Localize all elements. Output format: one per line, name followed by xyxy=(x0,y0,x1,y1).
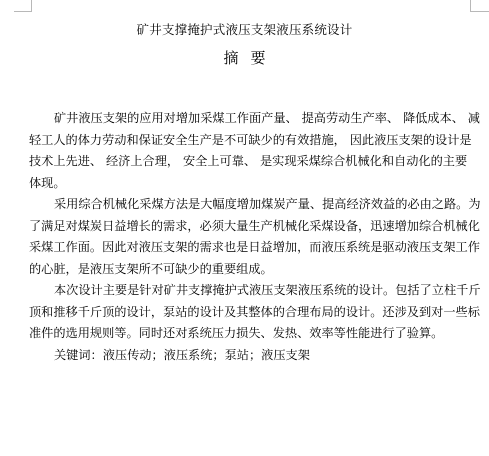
abstract-heading-char-2: 要 xyxy=(251,49,266,67)
abstract-heading-char-1: 摘 xyxy=(223,49,238,67)
document-title: 矿井支撑掩护式液压支架液压系统设计 xyxy=(0,20,489,38)
page-corner-mark-top-left xyxy=(14,0,32,12)
paragraph-2: 采用综合机械化采煤方法是大幅度增加煤炭产量、提高经济效益的必由之路。为 了满足对… xyxy=(29,194,461,280)
paragraph-line: 的心脏，是液压支架所不可缺少的重要组成。 xyxy=(29,259,461,281)
paragraph-line: 体现。 xyxy=(29,173,461,195)
abstract-body: 矿井液压支架的应用对增加采煤工作面产量、 提高劳动生产率、 降低成本、 减 轻工… xyxy=(29,108,461,366)
paragraph-1: 矿井液压支架的应用对增加采煤工作面产量、 提高劳动生产率、 降低成本、 减 轻工… xyxy=(29,108,461,194)
paragraph-line: 准件的选用规则等。同时还对系统压力损失、发热、效率等性能进行了验算。 xyxy=(29,323,461,345)
paragraph-line: 技术上先进、 经济上合理， 安全上可靠、 是实现采煤综合机械化和自动化的主要 xyxy=(29,151,461,173)
paragraph-3: 本次设计主要是针对矿井支撑掩护式液压支架液压系统的设计。包括了立柱千斤 顶和推移… xyxy=(29,280,461,345)
paragraph-line: 本次设计主要是针对矿井支撑掩护式液压支架液压系统的设计。包括了立柱千斤 xyxy=(29,280,461,302)
paragraph-line: 采煤工作面。因此对液压支架的需求也是日益增加，而液压系统是驱动液压支架工作 xyxy=(29,237,461,259)
paragraph-line: 矿井液压支架的应用对增加采煤工作面产量、 提高劳动生产率、 降低成本、 减 xyxy=(29,108,461,130)
paragraph-line: 采用综合机械化采煤方法是大幅度增加煤炭产量、提高经济效益的必由之路。为 xyxy=(29,194,461,216)
paragraph-line: 轻工人的体力劳动和保证安全生产是不可缺少的有效措施， 因此液压支架的设计是 xyxy=(29,130,461,152)
paragraph-line: 了满足对煤炭日益增长的需求，必须大量生产机械化采煤设备，迅速增加综合机械化 xyxy=(29,216,461,238)
abstract-heading: 摘要 xyxy=(0,47,489,68)
page-corner-mark-top-right xyxy=(470,0,489,12)
paragraph-line: 顶和推移千斤顶的设计，泵站的设计及其整体的合理布局的设计。还涉及到对一些标 xyxy=(29,302,461,324)
keywords-line: 关键词：液压传动；液压系统；泵站；液压支架 xyxy=(29,345,461,367)
